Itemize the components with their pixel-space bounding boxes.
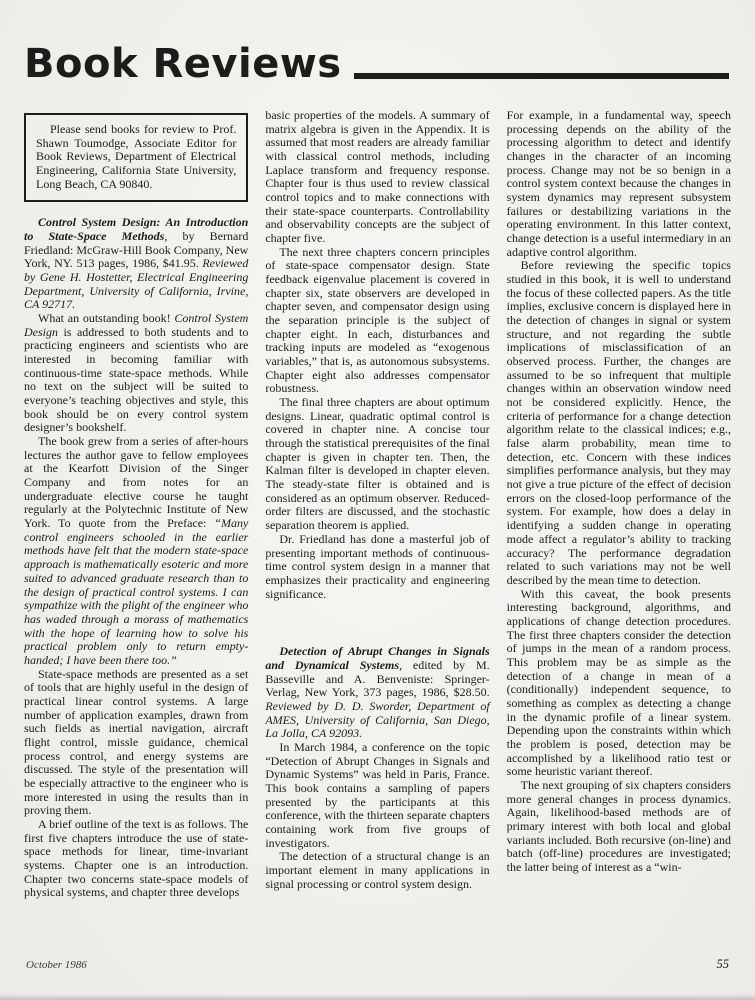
column-middle: basic properties of the models. A summar… — [265, 109, 489, 925]
column-right: For example, in a fundamental way, speec… — [507, 109, 731, 925]
body-paragraph: What an outstanding book! Control System… — [24, 312, 248, 435]
body-paragraph: Before reviewing the specific topics stu… — [507, 259, 731, 587]
column-right-paragraphs: For example, in a fundamental way, speec… — [507, 109, 731, 875]
page-header: Book Reviews — [24, 0, 731, 84]
body-paragraph: Dr. Friedland has done a masterful job o… — [265, 533, 489, 601]
journal-page: Book Reviews Please send books for revie… — [0, 0, 755, 1000]
body-paragraph: For example, in a fundamental way, speec… — [507, 109, 731, 259]
body-paragraph: basic properties of the models. A summar… — [265, 109, 489, 246]
body-paragraph: The next three chapters concern principl… — [265, 246, 489, 396]
column-left-paragraphs: Control System Design: An Introduction t… — [24, 216, 248, 900]
body-paragraph: The next grouping of six chapters consid… — [507, 779, 731, 875]
footer-page-number: 55 — [717, 957, 730, 972]
scan-edge-shadow — [0, 994, 755, 1000]
column-left: Please send books for review to Prof. Sh… — [24, 109, 248, 925]
review-citation: Control System Design: An Introduction t… — [24, 216, 248, 312]
column-middle-paragraphs: basic properties of the models. A summar… — [265, 109, 489, 891]
body-paragraph: The detection of a structural change is … — [265, 850, 489, 891]
page-footer: October 1986 55 — [26, 957, 729, 972]
body-paragraph: With this caveat, the book presents inte… — [507, 588, 731, 779]
article-columns: Please send books for review to Prof. Sh… — [24, 109, 731, 925]
notice-box: Please send books for review to Prof. Sh… — [24, 113, 248, 202]
page-title: Book Reviews — [24, 44, 342, 84]
body-paragraph: State-space methods are presented as a s… — [24, 668, 248, 818]
title-rule — [354, 73, 729, 79]
body-paragraph: A brief outline of the text is as follow… — [24, 818, 248, 900]
body-paragraph: The final three chapters are about optim… — [265, 396, 489, 533]
footer-issue-date: October 1986 — [26, 959, 87, 971]
review-citation: Detection of Abrupt Changes in Signals a… — [265, 645, 489, 741]
body-paragraph: In March 1984, a conference on the topic… — [265, 741, 489, 850]
body-paragraph: The book grew from a series of after-hou… — [24, 435, 248, 667]
notice-text: Please send books for review to Prof. Sh… — [36, 123, 236, 191]
